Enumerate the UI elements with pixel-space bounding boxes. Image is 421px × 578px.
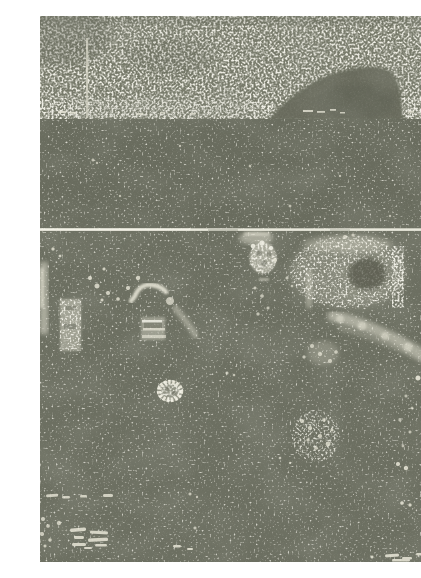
grain-overlay-dark <box>40 16 421 562</box>
photocopy-scan: Grainy photocopied scan of two stacked d… <box>40 16 421 562</box>
scan-canvas <box>40 16 421 562</box>
